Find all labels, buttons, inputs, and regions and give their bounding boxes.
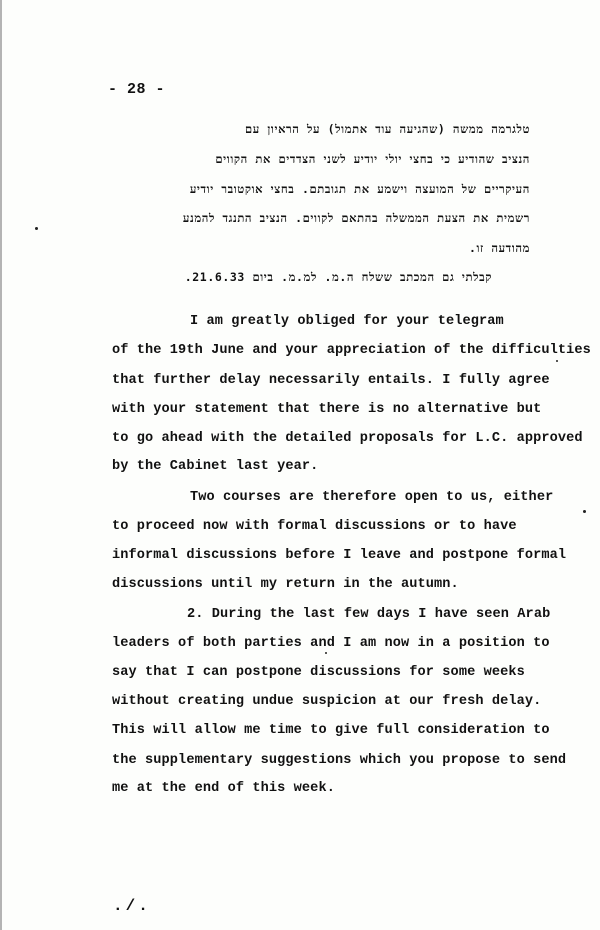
hebrew-line: העיקריים של המועצה וישמע את תגובתם. בחצי… <box>190 182 530 196</box>
paragraph-line: leaders of both parties and I am now in … <box>112 636 550 651</box>
paragraph-line: without creating undue suspicion at our … <box>112 694 541 709</box>
page-left-edge <box>0 0 2 930</box>
paragraph-line: Two courses are therefore open to us, ei… <box>190 490 553 505</box>
paragraph-line: say that I can postpone discussions for … <box>112 665 525 680</box>
paragraph-line: I am greatly obliged for your telegram <box>190 314 504 329</box>
hebrew-line: טלגרמה ממשה (שהגיעה עוד אתמול) על הראיון… <box>245 122 530 136</box>
ink-speck <box>35 227 38 230</box>
hebrew-note: קבלתי גם המכתב ששלח ה.מ. למ.מ. ביום 21.6… <box>185 270 492 284</box>
paragraph-line: to proceed now with formal discussions o… <box>112 519 517 534</box>
hebrew-line: מהודעה זו. <box>469 241 530 255</box>
paragraph-line: by the Cabinet last year. <box>112 459 318 474</box>
paragraph-line: discussions until my return in the autum… <box>112 577 459 592</box>
page-number: - 28 - <box>108 81 165 98</box>
paragraph-line: of the 19th June and your appreciation o… <box>112 343 591 358</box>
ink-speck <box>325 652 327 654</box>
paragraph-line: with your statement that there is no alt… <box>112 402 541 417</box>
ink-speck <box>583 510 586 513</box>
paragraph-line: the supplementary suggestions which you … <box>112 753 566 768</box>
hebrew-line: הנציב שהודיע כי בחצי יולי יודיע לשני הצד… <box>215 152 530 166</box>
paragraph-line: me at the end of this week. <box>112 781 335 796</box>
paragraph-line: informal discussions before I leave and … <box>112 548 566 563</box>
hebrew-line: רשמית את הצעת הממשלה בהתאם לקווים. הנציב… <box>183 211 530 225</box>
paragraph-line: This will allow me time to give full con… <box>112 723 550 738</box>
paragraph-line: to go ahead with the detailed proposals … <box>112 431 583 446</box>
continuation-mark: ./. <box>113 897 151 915</box>
ink-speck <box>556 360 558 362</box>
paragraph-line: 2. During the last few days I have seen … <box>187 607 550 622</box>
paragraph-line: that further delay necessarily entails. … <box>112 373 550 388</box>
